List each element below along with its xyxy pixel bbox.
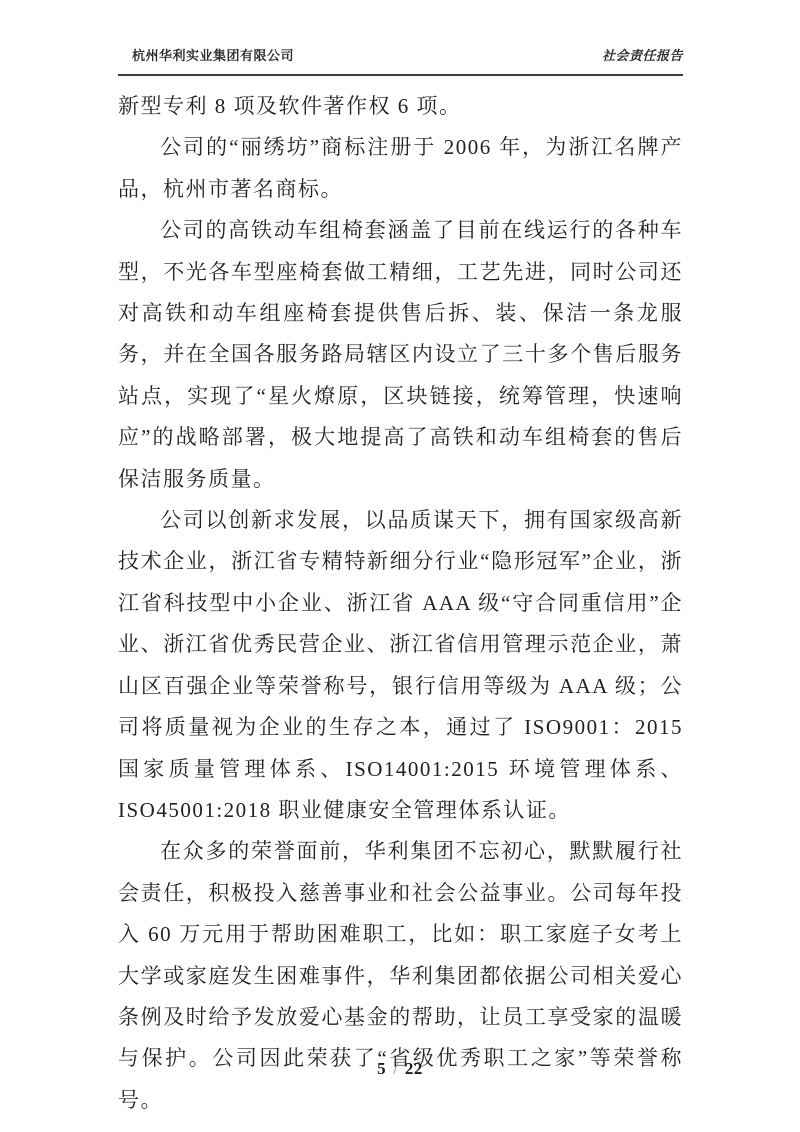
page-header: 杭州华利实业集团有限公司 社会责任报告: [118, 46, 683, 76]
document-body: 新型专利 8 项及软件著作权 6 项。 公司的“丽绣坊”商标注册于 2006 年…: [118, 86, 683, 1121]
header-report-title: 社会责任报告: [602, 46, 683, 66]
paragraph-seat-covers: 公司的高铁动车组椅套涵盖了目前在线运行的各种车型，不光各车型座椅套做工精细，工艺…: [118, 210, 683, 500]
paragraph-trademark: 公司的“丽绣坊”商标注册于 2006 年，为浙江名牌产品，杭州市著名商标。: [118, 127, 683, 210]
page-footer: 5/22: [0, 1057, 800, 1081]
document-page: 杭州华利实业集团有限公司 社会责任报告 新型专利 8 项及软件著作权 6 项。 …: [0, 0, 800, 1132]
page-number-separator: /: [393, 1059, 398, 1078]
paragraph-continuation: 新型专利 8 项及软件著作权 6 项。: [118, 86, 683, 127]
page-number-current: 5: [377, 1059, 386, 1078]
paragraph-honors-certifications: 公司以创新求发展，以品质谋天下，拥有国家级高新技术企业，浙江省专精特新细分行业“…: [118, 500, 683, 831]
header-company-name: 杭州华利实业集团有限公司: [118, 46, 294, 66]
page-number-total: 22: [405, 1059, 423, 1078]
